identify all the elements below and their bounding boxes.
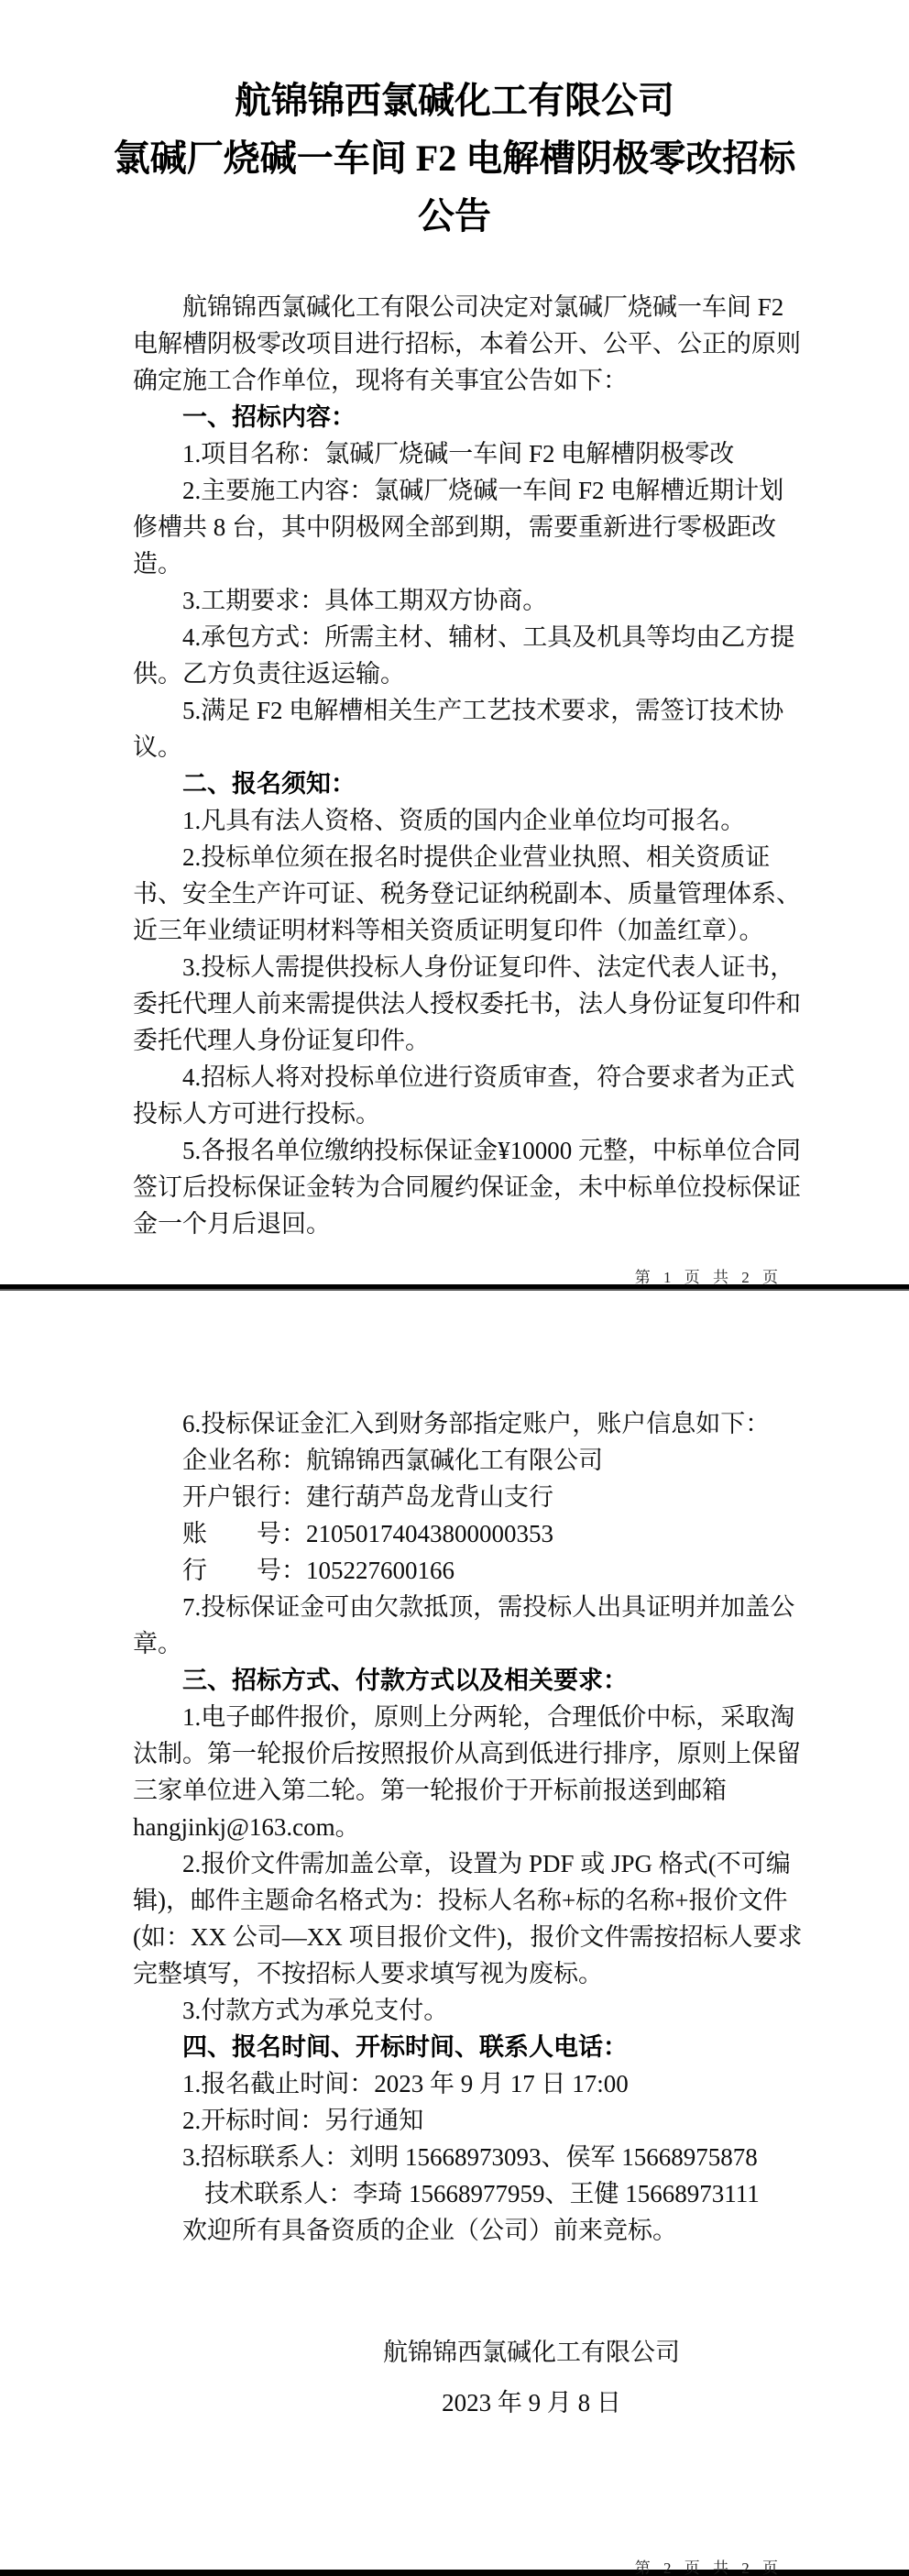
signup-item-documents: 2.投标单位须在报名时提供企业营业执照、相关资质证书、安全生产许可证、税务登记证…: [133, 839, 806, 949]
bidding-method-email: 1.电子邮件报价，原则上分两轮，合理低价中标，采取淘汰制。第一轮报价后按照报价从…: [133, 1699, 806, 1845]
account-number: 账 号：21050174043800000353: [133, 1515, 806, 1552]
deposit-account-intro: 6.投标保证金汇入到财务部指定账户，账户信息如下：: [133, 1405, 806, 1442]
bid-opening-time: 2.开标时间：另行通知: [133, 2102, 806, 2139]
bidding-file-format: 2.报价文件需加盖公章，设置为 PDF 或 JPG 格式(不可编辑)，邮件主题命…: [133, 1845, 806, 1992]
document-title: 航锦锦西氯碱化工有限公司 氯碱厂烧碱一车间 F2 电解槽阴极零改招标 公告: [55, 72, 854, 245]
account-company-name: 企业名称：航锦锦西氯碱化工有限公司: [133, 1442, 806, 1479]
signature-company: 航锦锦西氯碱化工有限公司: [383, 2328, 680, 2378]
deposit-offset-note: 7.投标保证金可由欠款抵顶，需投标人出具证明并加盖公章。: [133, 1589, 806, 1662]
signature-block: 航锦锦西氯碱化工有限公司 2023 年 9 月 8 日: [383, 2328, 680, 2428]
tender-item-tech-req: 5.满足 F2 电解槽相关生产工艺技术要求，需签订技术协议。: [133, 692, 806, 765]
account-bank-name: 开户银行：建行葫芦岛龙背山支行: [133, 1479, 806, 1515]
bank-branch-number: 行 号：105227600166: [133, 1552, 806, 1589]
page1-body: 航锦锦西氯碱化工有限公司决定对氯碱厂烧碱一车间 F2 电解槽阴极零改项目进行招标…: [0, 289, 909, 1242]
section-4-heading: 四、报名时间、开标时间、联系人电话：: [133, 2029, 806, 2065]
page2-body: 6.投标保证金汇入到财务部指定账户，账户信息如下： 企业名称：航锦锦西氯碱化工有…: [0, 1405, 909, 2249]
document-page-2: 6.投标保证金汇入到财务部指定账户，账户信息如下： 企业名称：航锦锦西氯碱化工有…: [0, 1291, 909, 2570]
signup-deadline: 1.报名截止时间：2023 年 9 月 17 日 17:00: [133, 2065, 806, 2102]
payment-method: 3.付款方式为承兑支付。: [133, 1992, 806, 2029]
tender-item-schedule: 3.工期要求：具体工期双方协商。: [133, 582, 806, 619]
technical-contacts: 技术联系人：李琦 15668977959、王健 15668973111: [133, 2175, 806, 2212]
title-line-3: 公告: [55, 187, 854, 245]
tender-item-scope: 2.主要施工内容：氯碱厂烧碱一车间 F2 电解槽近期计划修槽共 8 台，其中阴极…: [133, 472, 806, 582]
section-2-heading: 二、报名须知：: [133, 765, 806, 802]
signup-item-review: 4.招标人将对投标单位进行资质审查，符合要求者为正式投标人方可进行投标。: [133, 1059, 806, 1132]
tender-contacts: 3.招标联系人：刘明 15668973093、侯军 15668975878: [133, 2139, 806, 2175]
signup-item-eligibility: 1.凡具有法人资格、资质的国内企业单位均可报名。: [133, 802, 806, 839]
title-line-2: 氯碱厂烧碱一车间 F2 电解槽阴极零改招标: [55, 129, 854, 187]
tender-item-contract-mode: 4.承包方式：所需主材、辅材、工具及机具等均由乙方提供。乙方负责往返运输。: [133, 619, 806, 692]
signature-date: 2023 年 9 月 8 日: [383, 2378, 680, 2428]
signup-item-deposit: 5.各报名单位缴纳投标保证金¥10000 元整，中标单位合同签订后投标保证金转为…: [133, 1132, 806, 1242]
intro-paragraph: 航锦锦西氯碱化工有限公司决定对氯碱厂烧碱一车间 F2 电解槽阴极零改项目进行招标…: [133, 289, 806, 399]
document-page-1: 航锦锦西氯碱化工有限公司 氯碱厂烧碱一车间 F2 电解槽阴极零改招标 公告 航锦…: [0, 0, 909, 1284]
title-line-1: 航锦锦西氯碱化工有限公司: [55, 72, 854, 129]
tender-item-project-name: 1.项目名称：氯碱厂烧碱一车间 F2 电解槽阴极零改: [133, 435, 806, 472]
section-1-heading: 一、招标内容：: [133, 399, 806, 435]
welcome-line: 欢迎所有具备资质的企业（公司）前来竞标。: [133, 2212, 806, 2249]
signup-item-id-docs: 3.投标人需提供投标人身份证复印件、法定代表人证书，委托代理人前来需提供法人授权…: [133, 949, 806, 1059]
section-3-heading: 三、招标方式、付款方式以及相关要求：: [133, 1662, 806, 1699]
